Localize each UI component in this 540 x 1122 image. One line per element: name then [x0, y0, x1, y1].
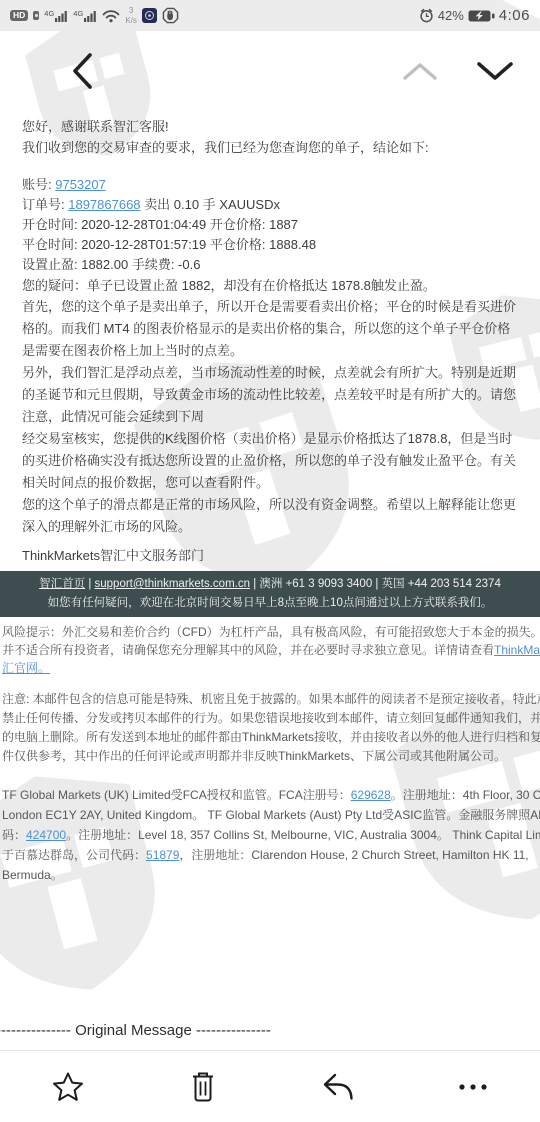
original-message-separator: --------------- Original Message -------…	[0, 1020, 540, 1050]
volte-icon	[33, 11, 39, 20]
next-message-icon[interactable]	[476, 60, 514, 82]
banner-phone-numbers: | 澳洲 +61 3 9093 3400 | 英国 +44 203 514 23…	[250, 578, 501, 590]
signal-strength-icon-sim1: 4G	[44, 9, 68, 22]
paragraph-third: 经交易室核实，您提供的K线图价格（卖出价格）是显示价格抵达了1878.8，但是当…	[22, 428, 516, 494]
status-bar: HD 4G 4G 3 K/s	[0, 0, 540, 31]
ticket-number-link[interactable]: 1897867668	[68, 197, 140, 212]
bottom-bar: --------------- Original Message -------…	[0, 1020, 540, 1122]
fca-number-link[interactable]: 629628	[351, 788, 391, 802]
previous-message-icon[interactable]	[402, 61, 438, 81]
banner-hours-line: 如您有任何疑问，欢迎在北京时间交易日早上8点至晚上10点间通过以上方式联系我们。	[6, 594, 534, 613]
battery-charging-icon	[468, 9, 495, 23]
delete-button[interactable]	[135, 1071, 270, 1103]
paragraph-second: 另外，我们智汇是浮动点差，当市场流动性差的时候，点差就会有所扩大。特别是近期的圣…	[22, 362, 516, 428]
email-body: 您好，感谢联系智汇客服! 我们收到您的交易审查的要求，我们已经为您查询您的单子，…	[0, 111, 540, 565]
signature-text: ThinkMarkets智汇中文服务部门	[22, 547, 516, 565]
bermuda-code-link[interactable]: 51879	[146, 848, 179, 862]
paragraph-fourth: 您的这个单子的滑点都是正常的市场风险，所以没有资金调整。希望以上解释能让您更深入…	[22, 494, 516, 538]
question-text: 您的疑问：单子已设置止盈 1882，却没有在价格抵达 1878.8触发止盈。	[22, 275, 516, 296]
status-time: 4:06	[499, 7, 530, 24]
ticket-label: 订单号:	[22, 197, 68, 212]
star-button[interactable]	[0, 1071, 135, 1103]
confidentiality-notice: 注意: 本邮件包含的信息可能是特殊、机密且免于披露的。如果本邮件的阅读者不是预定…	[2, 690, 540, 766]
star-icon	[51, 1071, 85, 1103]
back-icon[interactable]	[70, 52, 94, 90]
trash-icon	[188, 1071, 218, 1103]
email-reader-screen: HD 4G 4G 3 K/s	[0, 0, 540, 1122]
signal-strength-icon-sim2: 4G	[73, 9, 97, 22]
open-time-line: 开仓时间: 2020-12-28T01:04:49 开仓价格: 1887	[22, 215, 516, 235]
notification-app-icon	[142, 8, 157, 23]
risk-warning: 风险提示：外汇交易和差价合约（CFD）为杠杆产品，具有极高风险，有可能招致您大于…	[2, 623, 540, 677]
more-icon	[456, 1082, 490, 1092]
take-profit-line: 设置止盈: 1882.00 手续费: -0.6	[22, 255, 516, 275]
intro-text: 我们收到您的交易审查的要求，我们已经为您查询您的单子，结论如下:	[22, 137, 516, 158]
alarm-clock-icon	[419, 8, 434, 23]
account-label: 账号:	[22, 177, 55, 192]
ticket-line: 订单号: 1897867668 卖出 0.10 手 XAUUSDx	[22, 195, 516, 215]
ticket-detail: 卖出 0.10 手 XAUUSDx	[141, 197, 280, 212]
order-info-block: 账号: 9753207 订单号: 1897867668 卖出 0.10 手 XA…	[22, 175, 516, 275]
close-time-line: 平仓时间: 2020-12-28T01:57:19 平仓价格: 1888.48	[22, 235, 516, 255]
wifi-icon	[102, 9, 120, 23]
banner-contact-line: 智汇首页 | support@thinkmarkets.com.cn | 澳洲 …	[6, 575, 534, 594]
email-nav-bar	[0, 31, 540, 111]
reply-icon	[321, 1072, 355, 1102]
do-not-disturb-hand-icon	[162, 7, 179, 24]
contact-banner: 智汇首页 | support@thinkmarkets.com.cn | 澳洲 …	[0, 571, 540, 617]
greeting-text: 您好，感谢联系智汇客服!	[22, 116, 516, 137]
email-action-toolbar	[0, 1051, 540, 1122]
paragraph-first: 首先，您的这个单子是卖出单子，所以开仓是需要看卖出价格；平仓的时候是看买进价格的…	[22, 296, 516, 362]
legal-entities: TF Global Markets (UK) Limited受FCA授权和监管。…	[2, 785, 540, 885]
more-button[interactable]	[405, 1082, 540, 1092]
home-page-link[interactable]: 智汇首页	[39, 578, 85, 590]
account-number-link[interactable]: 9753207	[55, 177, 106, 192]
reply-button[interactable]	[270, 1072, 405, 1102]
battery-percentage: 42%	[438, 8, 464, 23]
hd-voice-icon: HD	[10, 10, 28, 21]
network-speed: 3 K/s	[125, 6, 137, 24]
account-line: 账号: 9753207	[22, 175, 516, 195]
footer-small-print: 风险提示：外汇交易和差价合约（CFD）为杠杆产品，具有极高风险，有可能招致您大于…	[2, 623, 540, 885]
afsl-number-link[interactable]: 424700	[26, 828, 66, 842]
support-email-link[interactable]: support@thinkmarkets.com.cn	[95, 578, 250, 590]
